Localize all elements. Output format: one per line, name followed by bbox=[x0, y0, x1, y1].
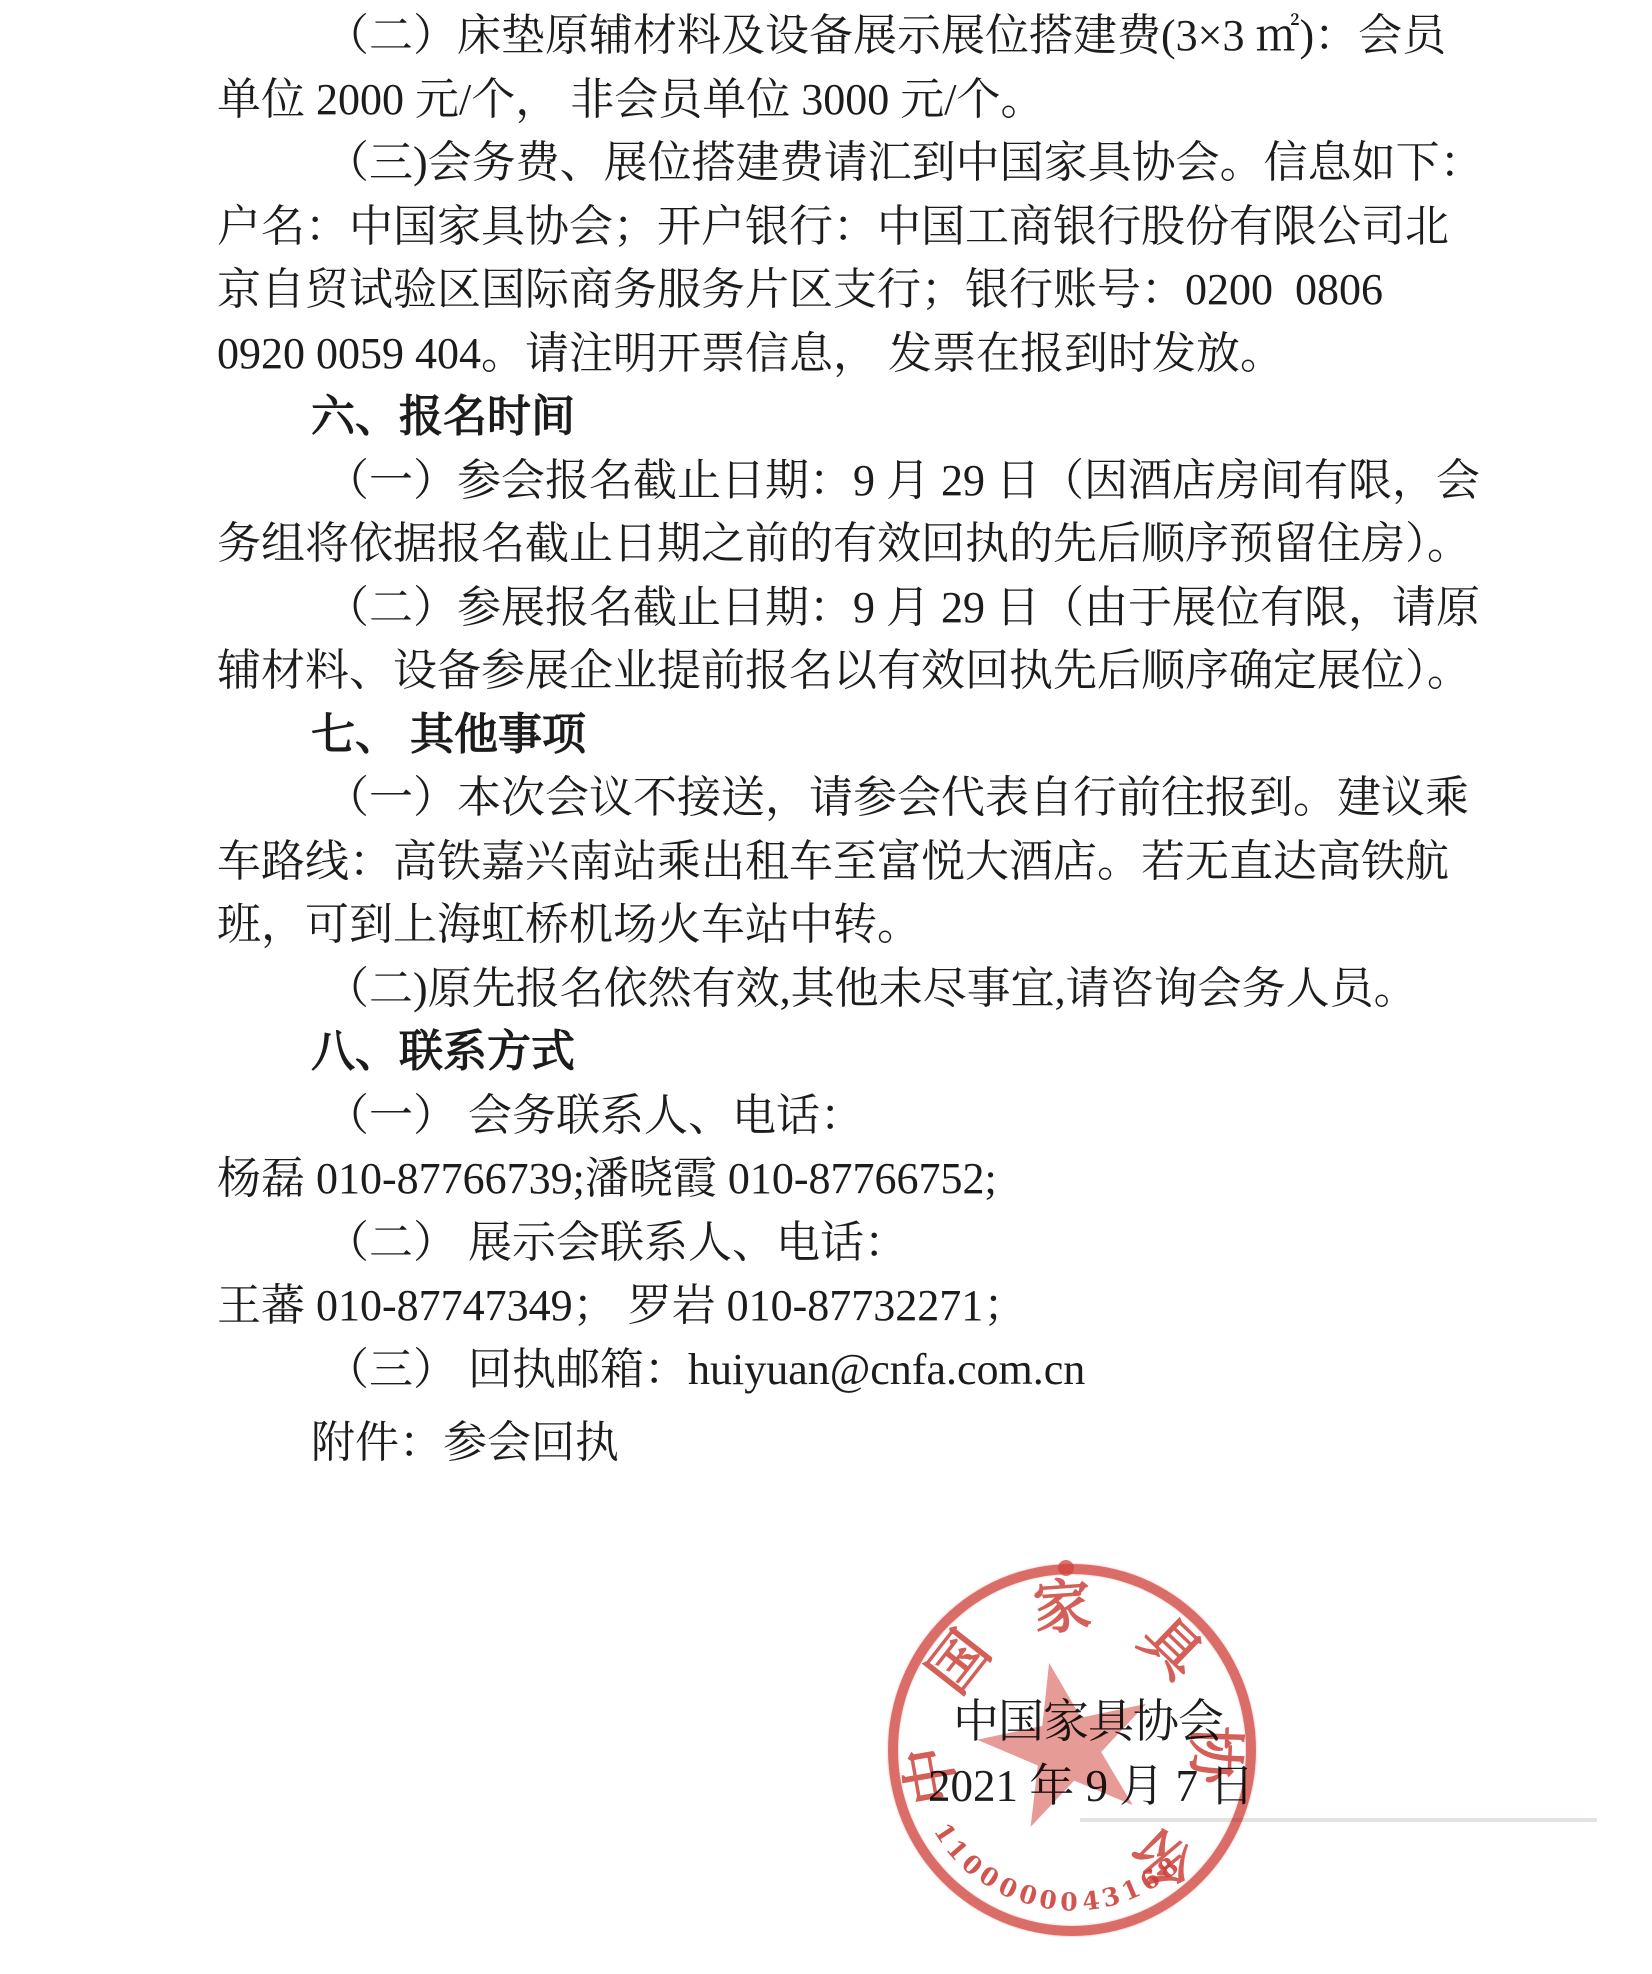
official-seal: 中国家具协会1100000043168 bbox=[888, 1564, 1256, 1936]
signature-date: 2021 年 9 月 7 日 bbox=[928, 1758, 1254, 1814]
doc-line: 单位 2000 元/个， 非会员单位 3000 元/个。 bbox=[217, 68, 1517, 132]
seal-serial-digit: 0 bbox=[1060, 1887, 1078, 1916]
seal-serial-digit: 4 bbox=[1080, 1885, 1101, 1916]
doc-line: 务组将依据报名截止日期之前的有效回执的先后顺序预留住房）。 bbox=[217, 512, 1517, 576]
doc-line: 辅材料、设备参展企业提前报名以有效回执先后顺序确定展位）。 bbox=[217, 639, 1517, 703]
scanned-notice-page: { "page": { "background": "#ffffff", "te… bbox=[0, 0, 1652, 1974]
contact-phone-line: 杨磊 010-87766739;潘晓霞 010-87766752; bbox=[217, 1147, 1517, 1211]
doc-line: 户名：中国家具协会；开户银行：中国工商银行股份有限公司北 bbox=[217, 195, 1517, 259]
doc-line: （一）本次会议不接送，请参会代表自行前往报到。建议乘 bbox=[217, 766, 1517, 830]
notice-body: （二）床垫原辅材料及设备展示展位搭建费(3×3 ㎡)：会员 单位 2000 元/… bbox=[217, 4, 1517, 1475]
section-heading-8: 八、联系方式 bbox=[217, 1020, 1517, 1084]
doc-line: （二)原先报名依然有效,其他未尽事宜,请咨询会务人员。 bbox=[217, 957, 1517, 1021]
doc-line: （二） 展示会联系人、电话： bbox=[217, 1211, 1517, 1275]
reply-email-line: （三） 回执邮箱：huiyuan@cnfa.com.cn bbox=[217, 1338, 1517, 1402]
doc-line: 0920 0059 404。请注明开票信息， 发票在报到时发放。 bbox=[217, 322, 1517, 386]
doc-line: （二）床垫原辅材料及设备展示展位搭建费(3×3 ㎡)：会员 bbox=[217, 4, 1517, 68]
doc-line: 京自贸试验区国际商务服务片区支行；银行账号：0200 0806 bbox=[217, 258, 1517, 322]
seal-ring-char: 家 bbox=[1030, 1558, 1094, 1646]
section-heading-6: 六、报名时间 bbox=[217, 385, 1517, 449]
section-heading-7: 七、 其他事项 bbox=[217, 703, 1517, 767]
doc-line: （三)会务费、展位搭建费请汇到中国家具协会。信息如下： bbox=[217, 131, 1517, 195]
doc-line: （一）参会报名截止日期：9 月 29 日（因酒店房间有限，会 bbox=[217, 449, 1517, 513]
contact-phone-line: 王蕃 010-87747349； 罗岩 010-87732271； bbox=[217, 1274, 1517, 1338]
doc-line: 班，可到上海虹桥机场火车站中转。 bbox=[217, 893, 1517, 957]
doc-line: （一） 会务联系人、电话： bbox=[217, 1084, 1517, 1148]
doc-line: 车路线：高铁嘉兴南站乘出租车至富悦大酒店。若无直达高铁航 bbox=[217, 830, 1517, 894]
attachment-line: 附件：参会回执 bbox=[217, 1411, 1517, 1475]
doc-line: （二）参展报名截止日期：9 月 29 日（由于展位有限，请原 bbox=[217, 576, 1517, 640]
signature-org: 中国家具协会 bbox=[953, 1694, 1223, 1750]
